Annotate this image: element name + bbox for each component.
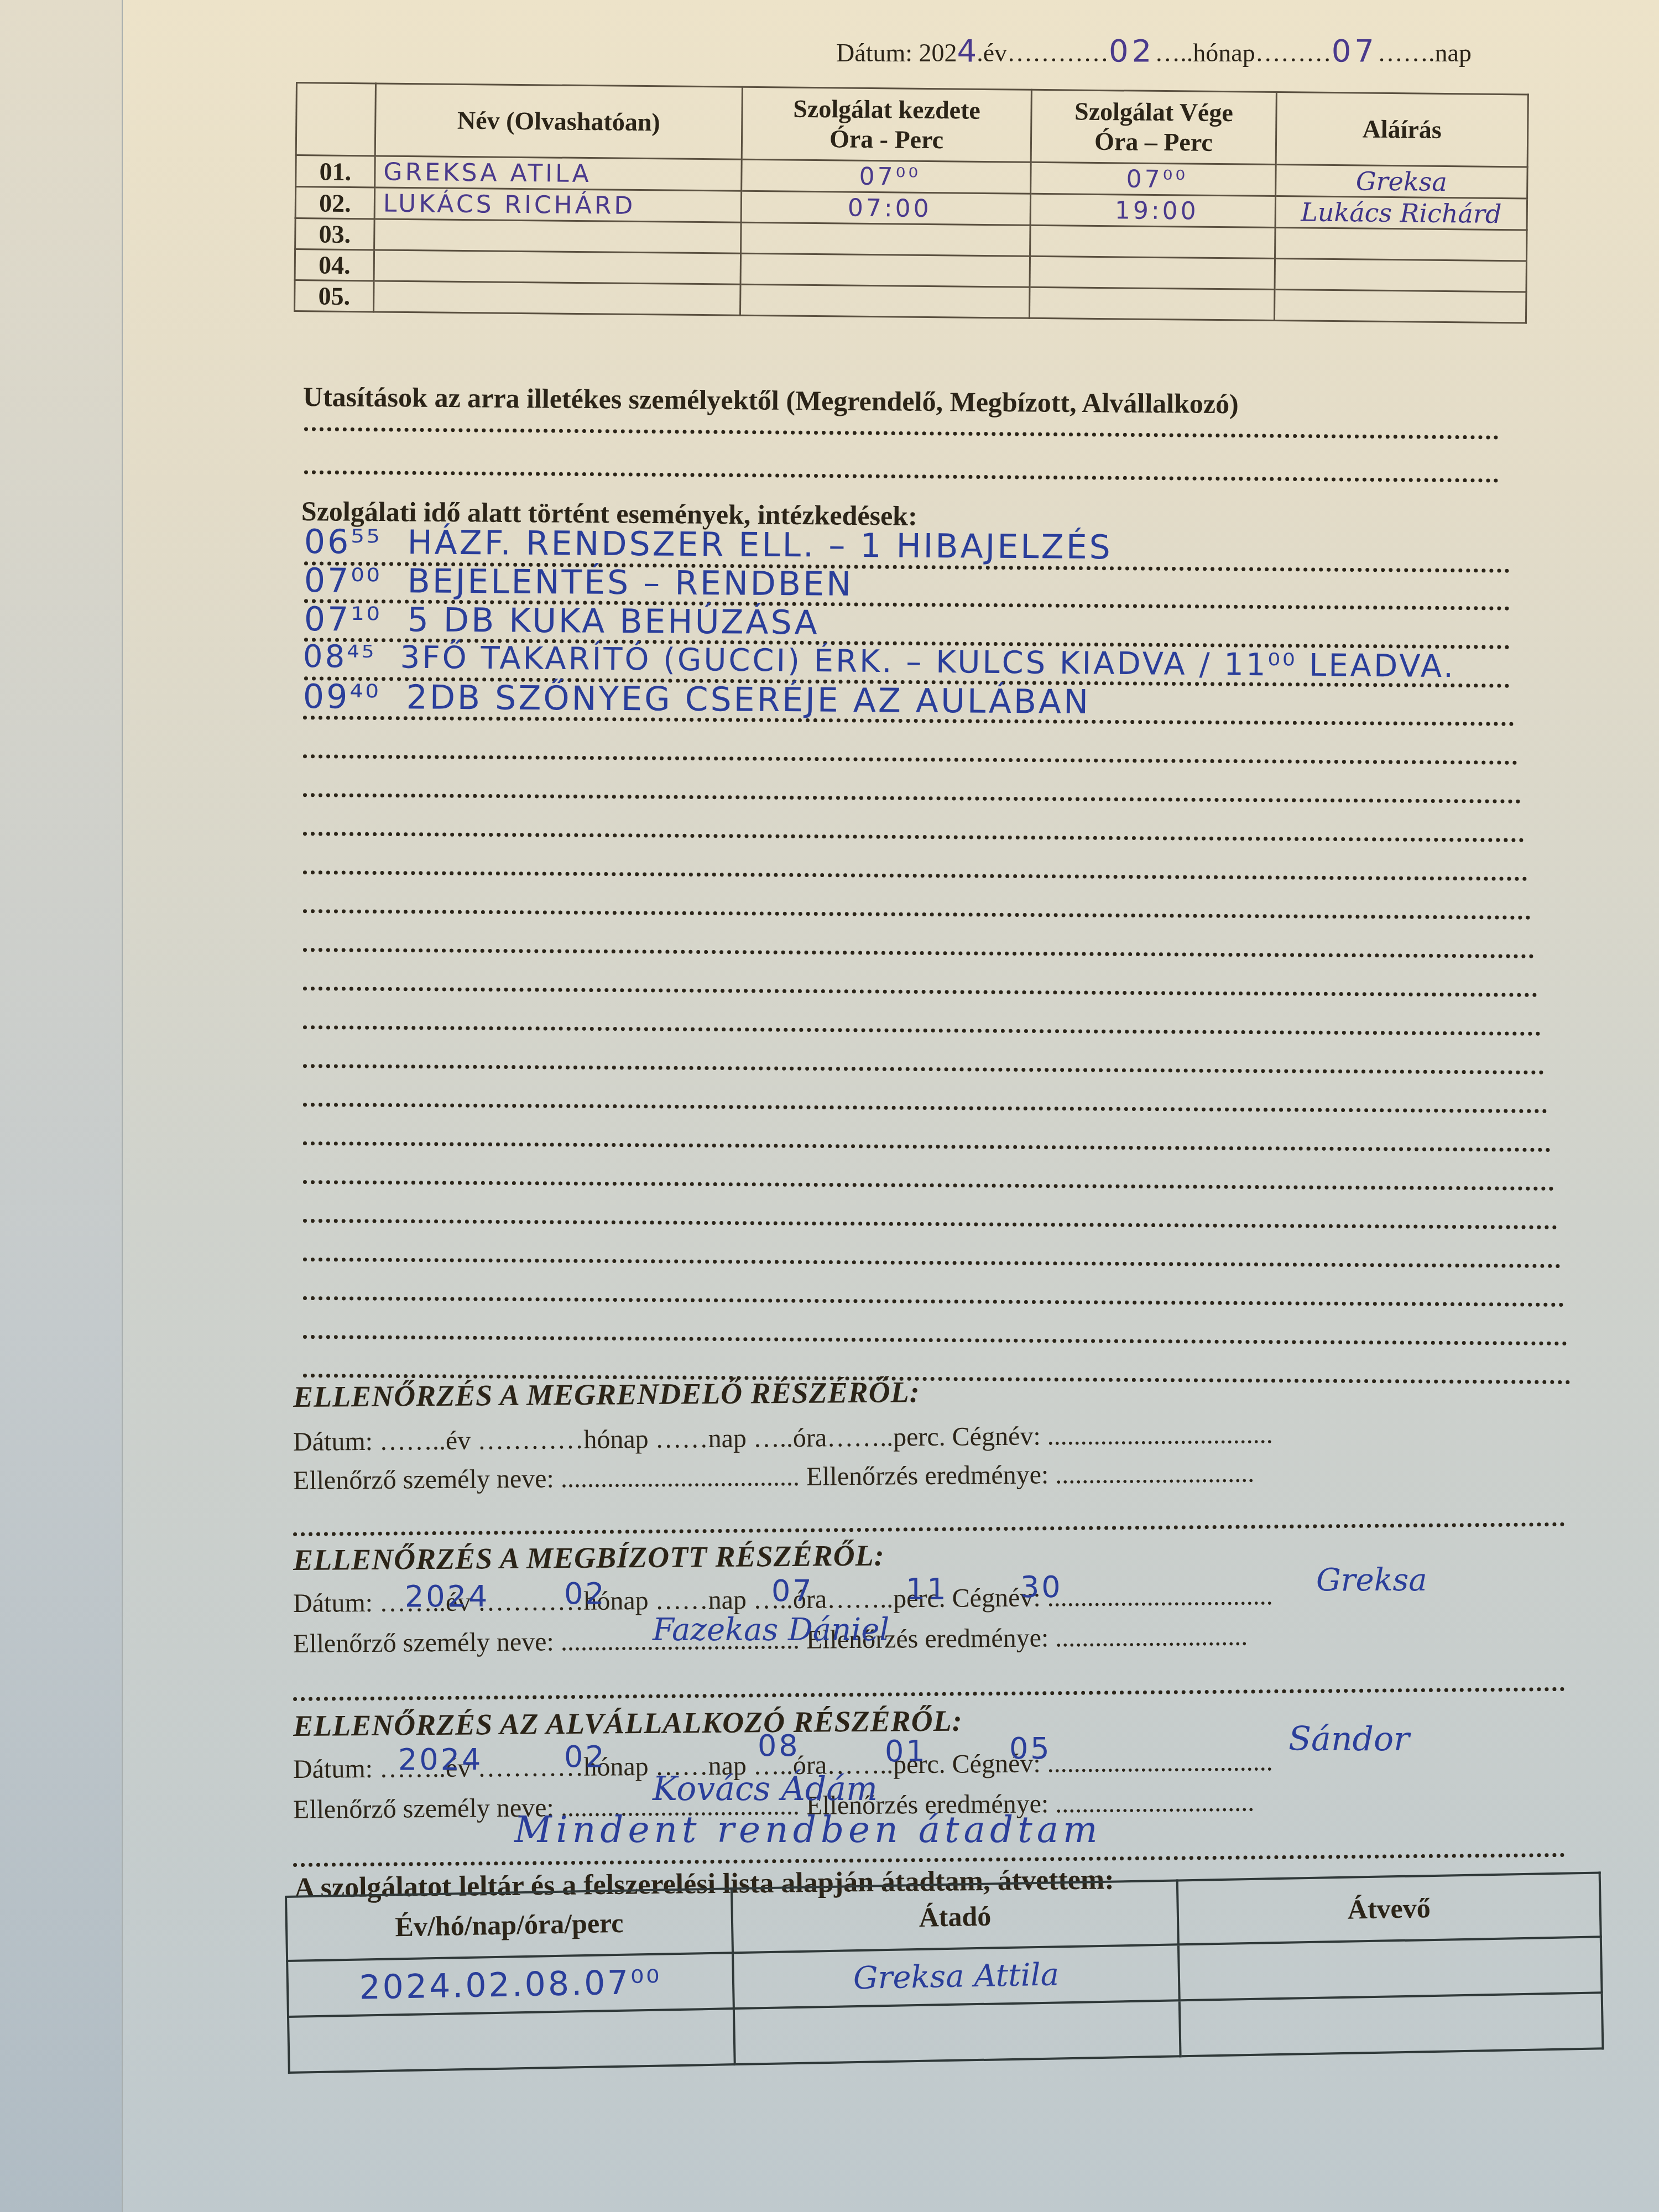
- date-header: Dátum: 2024.év…………02…..hónap………07…….nap: [836, 33, 1472, 69]
- staff-start[interactable]: [741, 222, 1031, 256]
- check-alvallalkozo-month: 02: [564, 1739, 607, 1774]
- handover-table: Év/hó/nap/óra/perc Átadó Átvevő 2024.02.…: [285, 1871, 1604, 2074]
- check-alvallalkozo-day: 08: [758, 1728, 800, 1763]
- check-megbizott-minute: 30: [1020, 1569, 1063, 1604]
- staff-signature[interactable]: [1275, 228, 1527, 261]
- check-alvallalkozo-result: Mindent rendben átadtam: [514, 1808, 1102, 1851]
- check-megbizott-hour: 11: [906, 1572, 948, 1606]
- staff-end[interactable]: [1030, 256, 1275, 289]
- staff-name[interactable]: GREKSA ATILA: [375, 156, 742, 191]
- check-megbizott-company-signature: Greksa: [1316, 1562, 1427, 1598]
- staff-name[interactable]: LUKÁCS RICHÁRD: [374, 187, 742, 222]
- staff-end[interactable]: [1029, 287, 1275, 320]
- handover-datetime[interactable]: [288, 2008, 735, 2073]
- adjacent-page-edge: [0, 0, 123, 2212]
- staff-signature[interactable]: [1274, 290, 1526, 323]
- staff-end[interactable]: 07⁰⁰: [1031, 162, 1276, 196]
- handover-giver[interactable]: Greksa Attila: [733, 1944, 1180, 2008]
- check-alvallalkozo-minute: 05: [1009, 1731, 1052, 1766]
- staff-end[interactable]: 19:00: [1030, 194, 1276, 227]
- month-label: hónap: [1193, 39, 1255, 67]
- staff-start[interactable]: 07⁰⁰: [742, 159, 1031, 194]
- date-month: 02: [1109, 33, 1155, 69]
- staff-table: Név (Olvashatóan) Szolgálat kezdeteÓra -…: [294, 82, 1529, 324]
- handover-giver[interactable]: [734, 2000, 1181, 2064]
- check-megbizott-year: 2024: [405, 1579, 489, 1614]
- col-datetime: Év/hó/nap/óra/perc: [286, 1888, 733, 1961]
- check-megbizott-month: 02: [564, 1576, 607, 1611]
- staff-name[interactable]: [374, 219, 742, 253]
- col-end: Szolgálat VégeÓra – Perc: [1031, 90, 1276, 164]
- check-alvallalkozo-hour: 01: [885, 1734, 927, 1768]
- col-start: Szolgálat kezdeteÓra - Perc: [742, 87, 1031, 162]
- check-megbizott-person-signature: Fazekas Dániel: [653, 1612, 889, 1648]
- check-megbizott-day: 07: [771, 1573, 814, 1608]
- check-megrendelo-title: ELLENŐRZÉS A MEGRENDELŐ RÉSZÉRŐL:: [293, 1375, 920, 1414]
- staff-end[interactable]: [1030, 225, 1276, 258]
- staff-name[interactable]: [374, 250, 741, 284]
- staff-signature[interactable]: [1275, 259, 1527, 292]
- handover-receiver[interactable]: [1180, 1992, 1603, 2056]
- handover-receiver[interactable]: [1178, 1937, 1602, 2000]
- handover-datetime[interactable]: 2024.02.08.07⁰⁰: [287, 1953, 734, 2017]
- staff-signature[interactable]: Greksa: [1276, 165, 1528, 199]
- check-alvallalkozo-title: ELLENŐRZÉS AZ ALVÁLLALKOZÓ RÉSZÉRŐL:: [293, 1703, 963, 1743]
- staff-start[interactable]: 07:00: [741, 191, 1031, 225]
- staff-table-header: Név (Olvashatóan) Szolgálat kezdeteÓra -…: [296, 83, 1528, 167]
- check-alvallalkozo-year: 2024: [398, 1742, 483, 1777]
- date-day: 07: [1332, 33, 1378, 69]
- col-name: Név (Olvashatóan): [375, 84, 742, 159]
- day-label: nap: [1435, 39, 1472, 67]
- check-alvallalkozo-person-signature: Kovács Ádám: [653, 1770, 878, 1808]
- col-receiver: Átvevő: [1177, 1872, 1601, 1944]
- staff-name[interactable]: [374, 281, 741, 315]
- staff-start[interactable]: [740, 253, 1030, 287]
- col-signature: Aláírás: [1276, 92, 1528, 167]
- col-giver: Átadó: [732, 1880, 1178, 1953]
- staff-signature[interactable]: Lukács Richárd: [1275, 196, 1527, 230]
- check-alvallalkozo-company-signature: Sándor: [1288, 1720, 1410, 1759]
- col-number: [296, 83, 375, 156]
- check-megbizott-title: ELLENŐRZÉS A MEGBÍZOTT RÉSZÉRŐL:: [293, 1538, 885, 1577]
- year-label: .év: [977, 39, 1007, 67]
- staff-start[interactable]: [740, 284, 1030, 318]
- date-prefix: Dátum: 202: [836, 39, 957, 67]
- date-year-digit: 4: [957, 33, 977, 69]
